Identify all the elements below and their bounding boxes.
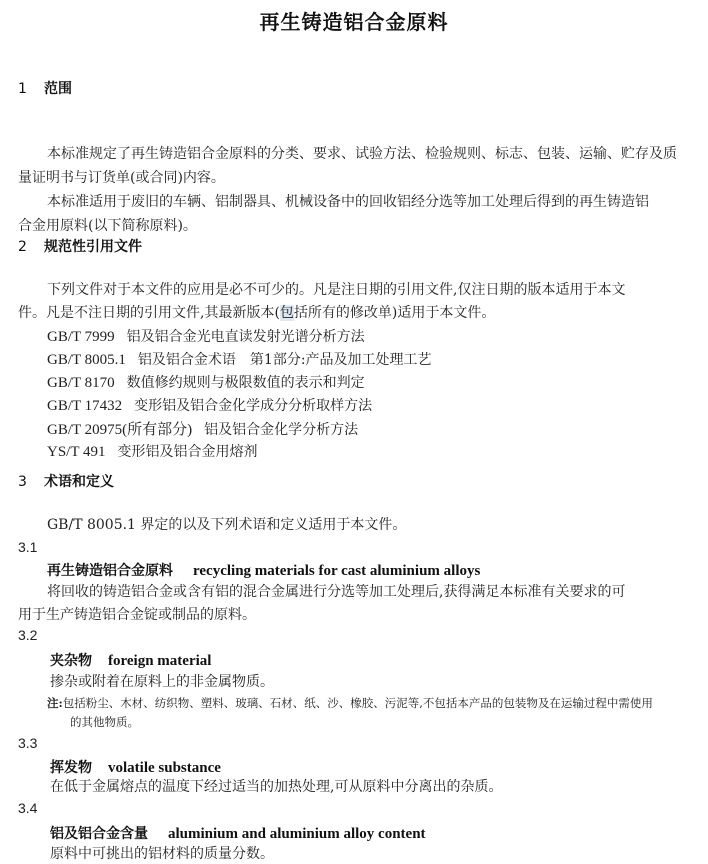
scope-para2-line2: 合金用原料(以下简称原料)。 [18,214,197,238]
term-en: recycling materials for cast aluminium a… [193,563,480,579]
term-en: aluminium and aluminium alloy content [168,826,426,842]
term-note-line1: 注:包括粉尘、木材、纺织物、塑料、玻璃、石材、纸、沙、橡胶、污泥等,不包括本产品… [47,693,653,713]
term-heading: 挥发物volatile substance [50,757,221,777]
reference-item: GB/T 20975(所有部分)铝及铝合金化学分析方法 [47,418,358,439]
section-2-heading: 2规范性引用文件 [18,236,142,256]
reference-code: GB/T 8170 [47,375,115,391]
reference-item: GB/T 8170数值修约规则与极限数值的表示和判定 [47,372,365,392]
term-definition-line1: 原料中可挑出的铝材料的质量分数。 [50,842,274,864]
reference-title: 变形铝及铝合金化学成分分析取样方法 [134,398,372,414]
document-title: 再生铸造铝合金原料 [0,6,708,35]
refs-intro-line2: 件。凡是不注日期的引用文件,其最新版本(包括所有的修改单)适用于本文件。 [18,301,495,325]
section-3-heading: 3术语和定义 [18,471,114,491]
section-title: 术语和定义 [44,474,114,490]
reference-item: GB/T 8005.1铝及铝合金术语 第1部分:产品及加工处理工艺 [47,349,432,369]
term-heading: 再生铸造铝合金原料recycling materials for cast al… [47,560,480,580]
refs-intro-line1: 下列文件对于本文件的应用是必不可少的。凡是注日期的引用文件,仅注日期的版本适用于… [47,278,625,302]
clause-number: 3.4 [18,800,37,816]
note-label: 注: [47,696,63,710]
reference-title: 铝及铝合金术语 第1部分:产品及加工处理工艺 [138,352,432,368]
reference-title: 变形铝及铝合金用熔剂 [117,444,257,460]
clause-number: 3.3 [18,735,37,751]
reference-code: GB/T 7999 [47,329,115,345]
section-number: 2 [18,239,44,255]
reference-item: YS/T 491变形铝及铝合金用熔剂 [47,441,257,461]
clause-number: 3.1 [18,539,37,555]
term-zh: 挥发物 [50,760,92,776]
section-number: 1 [18,81,44,97]
term-zh: 再生铸造铝合金原料 [47,563,173,579]
term-en: volatile substance [108,760,221,776]
term-definition-line1: 掺杂或附着在原料上的非金属物质。 [50,670,274,694]
term-heading: 夹杂物foreign material [50,650,211,670]
term-definition-line1: 在低于金属熔点的温度下经过适当的加热处理,可从原料中分离出的杂质。 [50,775,502,799]
term-heading: 铝及铝合金含量aluminium and aluminium alloy con… [50,823,426,843]
text-selection-highlight[interactable]: 包 [280,305,294,321]
term-definition-line2: 用于生产铸造铝合金锭或制品的原料。 [18,603,256,627]
clause-number: 3.2 [18,627,37,643]
scope-para1-line1: 本标准规定了再生铸造铝合金原料的分类、要求、试验方法、检验规则、标志、包装、运输… [47,142,677,166]
section-number: 3 [18,474,44,490]
section-1-heading: 1范围 [18,78,72,98]
reference-title: 铝及铝合金光电直读发射光谱分析方法 [127,329,365,345]
term-note-line2: 的其他物质。 [70,712,139,732]
term-zh: 夹杂物 [50,653,92,669]
note-text: 包括粉尘、木材、纺织物、塑料、玻璃、石材、纸、沙、橡胶、污泥等,不包括本产品的包… [63,696,653,710]
reference-title: 铝及铝合金化学分析方法 [204,422,358,438]
reference-title: 数值修约规则与极限数值的表示和判定 [127,375,365,391]
section-title: 范围 [44,81,72,97]
scope-para2-line1: 本标准适用于废旧的车辆、铝制器具、机械设备中的回收铝经分选等加工处理后得到的再生… [47,190,649,214]
terms-intro: GB/T 8005.1 界定的以及下列术语和定义适用于本文件。 [47,513,406,537]
reference-item: GB/T 17432变形铝及铝合金化学成分分析取样方法 [47,395,372,415]
term-zh: 铝及铝合金含量 [50,826,148,842]
reference-code: GB/T 20975(所有部分) [47,422,192,438]
term-definition-line1: 将回收的铸造铝合金或含有铝的混合金属进行分选等加工处理后,获得满足本标准有关要求… [47,580,625,604]
term-en: foreign material [108,653,211,669]
section-title: 规范性引用文件 [44,239,142,255]
reference-code: GB/T 17432 [47,398,122,414]
reference-code: GB/T 8005.1 [47,352,126,368]
reference-item: GB/T 7999铝及铝合金光电直读发射光谱分析方法 [47,326,365,346]
scope-para1-line2: 量证明书与订货单(或合同)内容。 [18,166,225,190]
reference-code: YS/T 491 [47,444,105,460]
text-span: 件。凡是不注日期的引用文件,其最新版本( [18,305,280,321]
text-span: 括所有的修改单)适用于本文件。 [294,305,495,321]
